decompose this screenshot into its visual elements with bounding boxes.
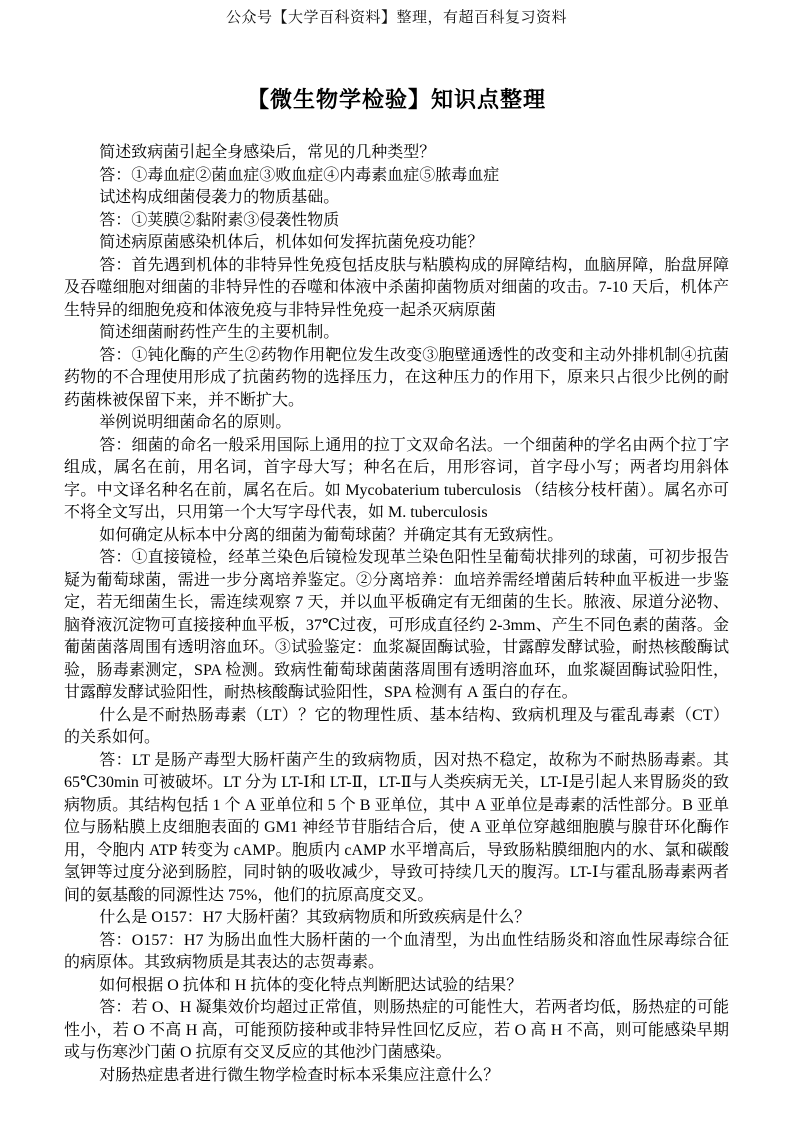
paragraph: 简述致病菌引起全身感染后，常见的几种类型？ — [64, 142, 729, 165]
paragraph: 答：LT 是肠产毒型大肠杆菌产生的致病物质，因对热不稳定，故称为不耐热肠毒素。其… — [64, 750, 729, 908]
paragraph: 答：细菌的命名一般采用国际上通用的拉丁文双命名法。一个细菌种的学名由两个拉丁字组… — [64, 435, 729, 525]
paragraph: 对肠热症患者进行微生物学检查时标本采集应注意什么？ — [64, 1065, 729, 1088]
paragraph: 答：若 O、H 凝集效价均超过正常值，则肠热症的可能性大，若两者均低，肠热症的可… — [64, 997, 729, 1065]
document-title: 【微生物学检验】知识点整理 — [0, 85, 793, 115]
paragraph: 答：①钝化酶的产生②药物作用靶位发生改变③胞壁通透性的改变和主动外排机制④抗菌药… — [64, 345, 729, 413]
paragraph: 如何根据 O 抗体和 H 抗体的变化特点判断肥达试验的结果？ — [64, 975, 729, 998]
paragraph: 什么是不耐热肠毒素（LT）？它的物理性质、基本结构、致病机理及与霍乱毒素（CT）… — [64, 705, 729, 750]
paragraph: 如何确定从标本中分离的细菌为葡萄球菌？并确定其有无致病性。 — [64, 525, 729, 548]
paragraph: 什么是 O157：H7 大肠杆菌？其致病物质和所致疾病是什么？ — [64, 907, 729, 930]
page-header-text: 公众号【大学百科资料】整理，有超百科复习资料 — [0, 0, 793, 28]
paragraph: 简述病原菌感染机体后，机体如何发挥抗菌免疫功能？ — [64, 232, 729, 255]
paragraph: 答：①直接镜检，经革兰染色后镜检发现革兰染色阳性呈葡萄状排列的球菌，可初步报告疑… — [64, 547, 729, 705]
paragraph: 答：O157：H7 为肠出血性大肠杆菌的一个血清型，为出血性结肠炎和溶血性尿毒综… — [64, 930, 729, 975]
paragraph: 答：①毒血症②菌血症③败血症④内毒素血症⑤脓毒血症 — [64, 165, 729, 188]
paragraph: 答：①荚膜②黏附素③侵袭性物质 — [64, 210, 729, 233]
document-body: 简述致病菌引起全身感染后，常见的几种类型？答：①毒血症②菌血症③败血症④内毒素血… — [64, 142, 729, 1087]
paragraph: 答：首先遇到机体的非特异性免疫包括皮肤与粘膜构成的屏障结构，血脑屏障，胎盘屏障及… — [64, 255, 729, 323]
document-page: 公众号【大学百科资料】整理，有超百科复习资料 【微生物学检验】知识点整理 简述致… — [0, 0, 793, 1122]
paragraph: 简述细菌耐药性产生的主要机制。 — [64, 322, 729, 345]
paragraph: 举例说明细菌命名的原则。 — [64, 412, 729, 435]
paragraph: 试述构成细菌侵袭力的物质基础。 — [64, 187, 729, 210]
